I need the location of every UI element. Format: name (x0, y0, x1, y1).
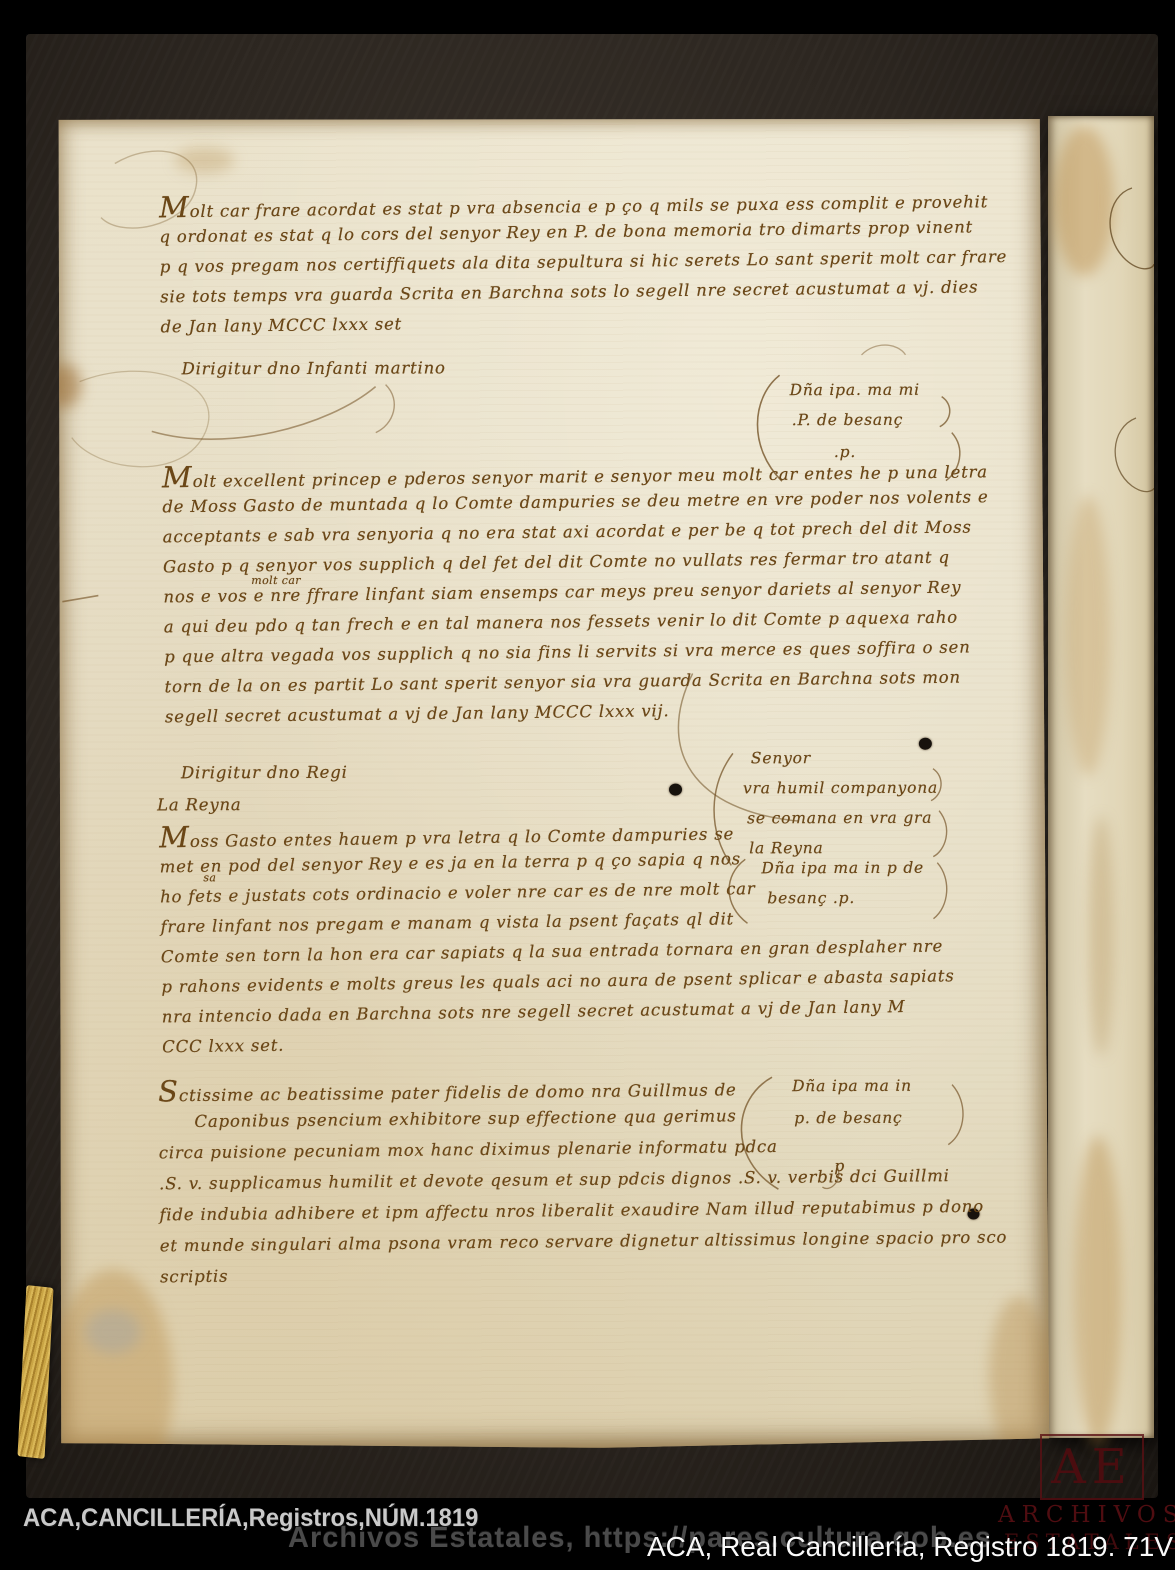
blue-smudge (85, 1309, 141, 1353)
archive-photo-viewer: { "captions": { "archive_code": "ACA,CAN… (0, 0, 1175, 1570)
logo-monogram-box: AE (1040, 1434, 1144, 1500)
letter1-address: Dirigitur dno Infanti martino (182, 358, 446, 378)
letter4-line: scriptis (160, 1267, 228, 1287)
chancery-note-line: Dña ipa ma in p de (761, 859, 924, 878)
parchment-stain (1054, 126, 1114, 276)
top-stain (175, 147, 235, 173)
chancery-note-line: p. de besanç (794, 1109, 902, 1127)
letter3-line: CCC lxxx set. (162, 1036, 284, 1057)
citation-label: ACA, Real Cancillería, Registro 1819. 71… (647, 1531, 1173, 1563)
archive-reference-code: ACA,CANCILLERÍA,Registros,NÚM.1819 (23, 1504, 478, 1533)
margin-note-line: Senyor (751, 749, 811, 767)
margin-note-line: se comana en vra gra (747, 809, 932, 828)
chancery-note-line: .P. de besanç (792, 411, 904, 429)
next-folio-edge (1048, 116, 1154, 1438)
parchment-stain (1066, 496, 1110, 776)
letter3-superscript: sa (203, 871, 216, 884)
margin-note-line: vra humil companyona (743, 779, 938, 798)
parchment-stain (1074, 1136, 1122, 1446)
parchment-hole (669, 784, 682, 796)
parchment-stain (1088, 816, 1114, 1056)
chancery-note-line: Dña ipa ma in (792, 1077, 912, 1095)
logo-text-archivos: ARCHIVOS (998, 1502, 1175, 1528)
letter1-line: de Jan lany MCCC lxxx set (160, 314, 402, 336)
letter2-address: Dirigitur dno Regi (181, 763, 348, 783)
chancery-note-4: Dña ipa ma in p. de besanç p (694, 1068, 984, 1204)
chancery-note-line: besanç .p. (767, 889, 855, 907)
chancery-note-line: Dña ipa. ma mi (790, 381, 920, 399)
letter2-interline-insertion: molt car (251, 574, 301, 587)
logo-monogram: AE (1051, 1439, 1133, 1495)
letter2-sender: La Reyna (157, 795, 241, 814)
manuscript-page: Molt car frare acordat es stat p vra abs… (55, 116, 1050, 1449)
chancery-note-line: p (834, 1157, 845, 1175)
